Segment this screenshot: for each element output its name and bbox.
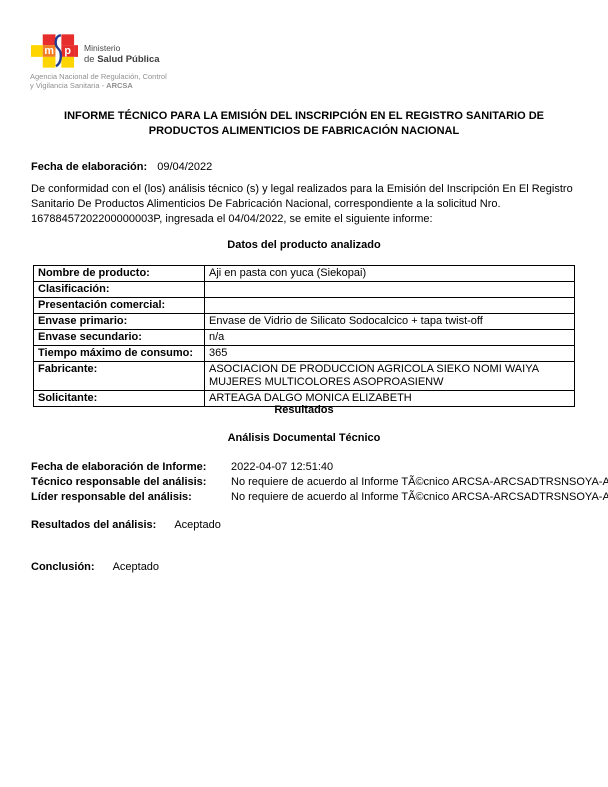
logo-letter-m: m xyxy=(44,45,54,57)
agency-name: Agencia Nacional de Regulación, Control … xyxy=(30,72,167,90)
field-row: Fecha de elaboración de Informe:2022-04-… xyxy=(31,460,608,475)
results-heading: Resultados xyxy=(0,404,608,416)
results-fields: Fecha de elaboración de Informe:2022-04-… xyxy=(31,460,608,505)
field-label: Fecha de elaboración de Informe: xyxy=(31,460,231,474)
title-line2: PRODUCTOS ALIMENTICIOS DE FABRICACIÓN NA… xyxy=(0,124,608,139)
field-label: Técnico responsable del análisis: xyxy=(31,475,231,489)
table-row: Clasificación: xyxy=(34,282,575,298)
table-row: Envase primario: Envase de Vidrio de Sil… xyxy=(34,314,575,330)
row-label: Tiempo máximo de consumo: xyxy=(34,346,205,362)
ministry-line2: de Salud Pública xyxy=(84,54,160,65)
documental-analysis-heading: Análisis Documental Técnico xyxy=(0,432,608,444)
row-label: Envase secundario: xyxy=(34,330,205,346)
field-value: No requiere de acuerdo al Informe TÃ©cni… xyxy=(231,491,608,503)
row-label: Fabricante: xyxy=(34,362,205,391)
ministry-name: Ministerio de Salud Pública xyxy=(84,43,160,65)
field-label: Líder responsable del análisis: xyxy=(31,490,231,504)
document-title: INFORME TÉCNICO PARA LA EMISIÓN DEL INSC… xyxy=(0,109,608,139)
field-row: Líder responsable del análisis:No requie… xyxy=(31,490,608,505)
row-label: Presentación comercial: xyxy=(34,298,205,314)
table-row: Envase secundario: n/a xyxy=(34,330,575,346)
row-label: Envase primario: xyxy=(34,314,205,330)
logo-letter-p: p xyxy=(64,45,71,57)
analysis-result-value: Aceptado xyxy=(174,519,220,531)
product-section-heading: Datos del producto analizado xyxy=(0,239,608,251)
product-data-table: Nombre de producto: Aji en pasta con yuc… xyxy=(33,265,575,407)
row-value xyxy=(205,298,575,314)
conclusion-label: Conclusión: xyxy=(31,561,95,573)
table-row: Fabricante: ASOCIACION DE PRODUCCION AGR… xyxy=(34,362,575,391)
analysis-result-label: Resultados del análisis: xyxy=(31,519,156,531)
intro-paragraph: De conformidad con el (los) análisis téc… xyxy=(31,182,580,227)
elaboration-date-line: Fecha de elaboración: 09/04/2022 xyxy=(31,161,212,173)
row-label: Nombre de producto: xyxy=(34,266,205,282)
title-line1: INFORME TÉCNICO PARA LA EMISIÓN DEL INSC… xyxy=(0,109,608,124)
row-value: Aji en pasta con yuca (Siekopai) xyxy=(205,266,575,282)
logo-s-wave xyxy=(56,35,61,66)
conclusion-line: Conclusión:Aceptado xyxy=(31,561,159,573)
agency-line1: Agencia Nacional de Regulación, Control xyxy=(30,72,167,81)
field-value: No requiere de acuerdo al Informe TÃ©cni… xyxy=(231,476,608,488)
ministry-line1: Ministerio xyxy=(84,43,160,54)
elaboration-date-value: 09/04/2022 xyxy=(157,161,212,173)
agency-line2: y Vigilancia Sanitaria - ARCSA xyxy=(30,81,167,90)
document-page: m p Ministerio de Salud Pública Agencia … xyxy=(0,0,608,787)
row-value xyxy=(205,282,575,298)
field-value: 2022-04-07 12:51:40 xyxy=(231,461,333,473)
row-value: n/a xyxy=(205,330,575,346)
row-value: 365 xyxy=(205,346,575,362)
analysis-result-line: Resultados del análisis:Aceptado xyxy=(31,519,221,531)
conclusion-value: Aceptado xyxy=(113,561,159,573)
row-label: Clasificación: xyxy=(34,282,205,298)
msp-logo-icon: m p xyxy=(31,33,78,69)
row-value: ASOCIACION DE PRODUCCION AGRICOLA SIEKO … xyxy=(205,362,575,391)
elaboration-date-label: Fecha de elaboración: xyxy=(31,161,147,173)
table-row: Nombre de producto: Aji en pasta con yuc… xyxy=(34,266,575,282)
table-row: Presentación comercial: xyxy=(34,298,575,314)
table-row: Tiempo máximo de consumo: 365 xyxy=(34,346,575,362)
field-row: Técnico responsable del análisis:No requ… xyxy=(31,475,608,490)
row-value: Envase de Vidrio de Silicato Sodocalcico… xyxy=(205,314,575,330)
